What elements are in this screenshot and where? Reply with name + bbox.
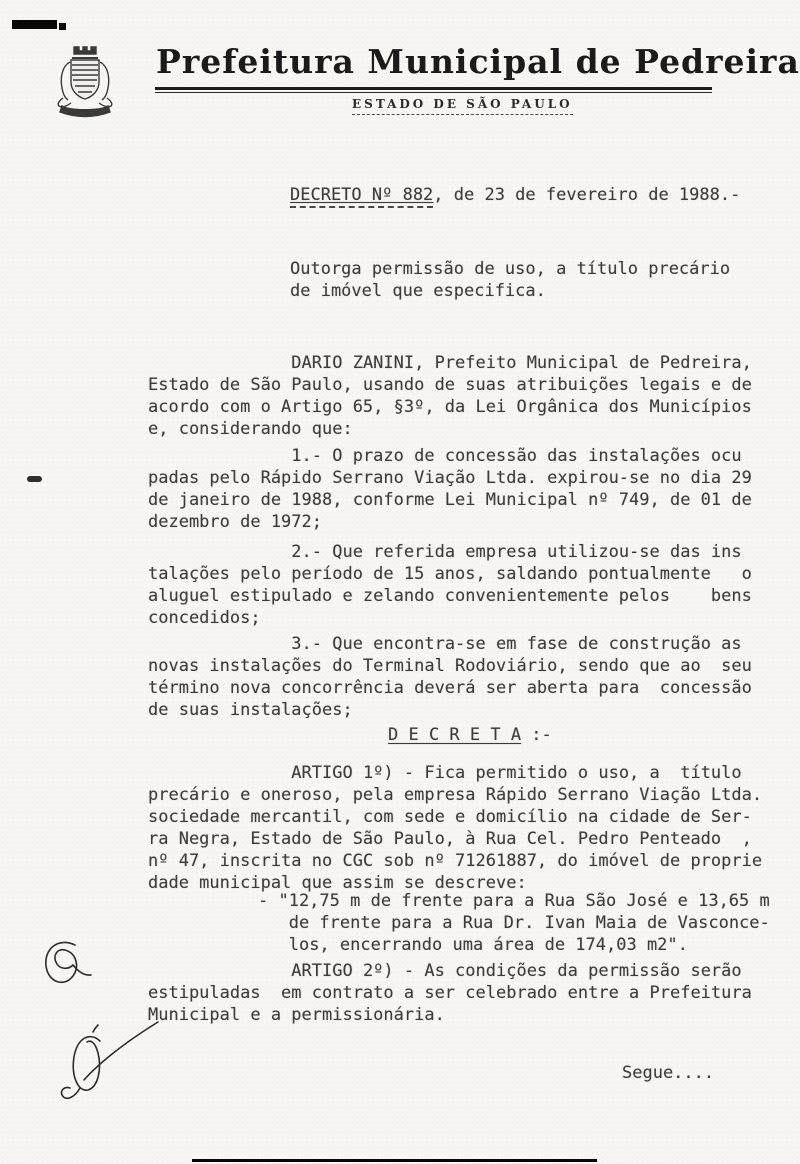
- decree-ementa: Outorga permissão de uso, a título precá…: [290, 258, 730, 302]
- header-subtitle: ESTADO DE SÃO PAULO: [352, 97, 573, 115]
- scan-artifact-bar: [12, 20, 57, 29]
- scanned-decree-page: Prefeitura Municipal de Pedreira ESTADO …: [0, 0, 800, 1164]
- header-rule-thin: [155, 92, 712, 93]
- coat-of-arms-icon: [54, 40, 116, 120]
- decree-date: , de 23 de fevereiro de 1988.-: [433, 185, 740, 205]
- artigo-2: ARTIGO 2º) - As condições da permissão s…: [148, 960, 784, 1026]
- header-title: Prefeitura Municipal de Pedreira: [156, 42, 800, 81]
- decreta-word: D E C R E T A: [388, 725, 521, 745]
- header-rule-thick: [155, 87, 712, 90]
- considerando-2: 2.- Que referida empresa utilizou-se das…: [148, 541, 784, 629]
- decree-number: DECRETO Nº 882: [290, 185, 433, 208]
- scan-ink-blob: [27, 476, 42, 482]
- decree-preamble: DARIO ZANINI, Prefeito Municipal de Pedr…: [148, 352, 784, 440]
- scan-artifact-bottom-line: [192, 1159, 597, 1162]
- segue-note: Segue....: [622, 1062, 714, 1084]
- considerando-3: 3.- Que encontra-se em fase de construçã…: [148, 633, 784, 721]
- decreta-heading: D E C R E T A :-: [388, 724, 552, 746]
- decree-title: DECRETO Nº 882, de 23 de fevereiro de 19…: [290, 184, 740, 206]
- artigo-1: ARTIGO 1º) - Fica permitido o uso, a tít…: [148, 762, 788, 894]
- decreta-suffix: :-: [521, 725, 552, 745]
- scan-artifact-square: [59, 23, 66, 30]
- considerando-1: 1.- O prazo de concessão das instalações…: [148, 445, 784, 533]
- property-description: - "12,75 m de frente para a Rua São José…: [258, 890, 770, 956]
